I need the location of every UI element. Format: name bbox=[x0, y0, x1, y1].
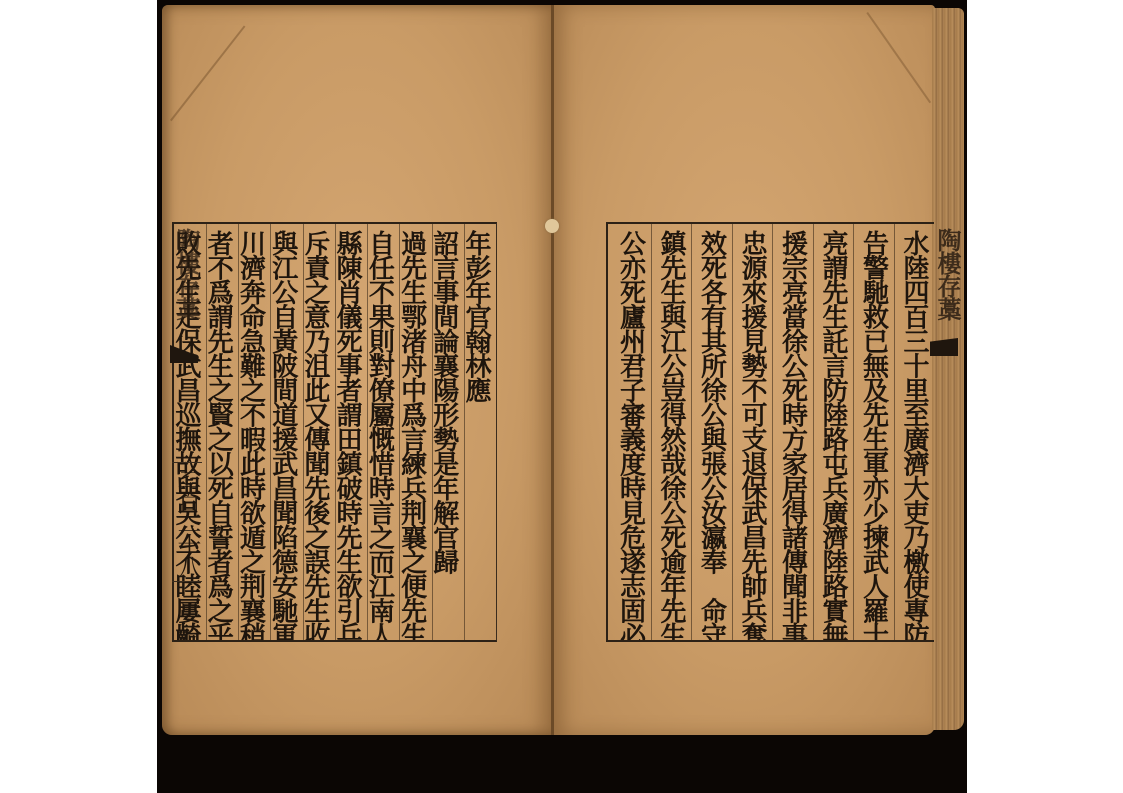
binding-thread bbox=[545, 219, 559, 233]
text-column: 公亦死廬州君子審義度時見危遂志固必有道先生猶 bbox=[610, 224, 651, 640]
text-column: 水陸四百三十里至廣濟大吏乃檄使專防江北及田鎮 bbox=[894, 224, 935, 640]
text-column: 詔言事間論襄陽形勢是年解官歸 bbox=[432, 224, 464, 640]
text-column: 效死各有其所徐公與張公汝瀛奉 命守田鎮則死田 bbox=[691, 224, 732, 640]
text-column: 告警馳救已無及先生軍亦少揀武人羅士勝者死之宗 bbox=[853, 224, 894, 640]
text-column: 鎮先生與江公豈得然哉徐公死逾年先生死金口而江 bbox=[651, 224, 692, 640]
text-column: 與江公自黃陂間道援武昌聞陷德安馳軍擊之始自漢 bbox=[270, 224, 302, 640]
stacked-page-edges bbox=[932, 8, 964, 730]
right-text-frame: 水陸四百三十里至廣濟大吏乃檄使專防江北及田鎮 告警馳救已無及先生軍亦少揀武人羅士… bbox=[606, 222, 934, 642]
text-column: 縣陳肖儀死事者謂田鎮破時先生欲引兵守荆襄陳公 bbox=[335, 224, 367, 640]
left-text-frame: 年彭年官翰林應 詔言事間論襄陽形勢是年解官歸 過先生鄂渚舟中爲言練兵荆襄之便先生… bbox=[172, 222, 497, 642]
text-column: 過先生鄂渚舟中爲言練兵荆襄之便先生謀諸大吏銳 bbox=[399, 224, 431, 640]
text-column: 年彭年官翰林應 bbox=[464, 224, 496, 640]
left-margin-book-title: 陶樓存藁 bbox=[171, 228, 201, 320]
text-column: 自任不果則對僚屬慨惜時言之而江南人傳廣濟知 bbox=[367, 224, 399, 640]
text-column: 川濟奔命急難之不暇此時欲遁之荆襄稍有志氣知識 bbox=[238, 224, 270, 640]
book-spine bbox=[551, 5, 554, 735]
right-margin-book-title: 陶樓存藁 bbox=[932, 228, 962, 320]
text-column: 者不爲謂先生之賢之以死自誓者爲之乎吳公堵城之 bbox=[206, 224, 238, 640]
page-number: 二百二十八 bbox=[172, 462, 202, 582]
text-column: 忠源來援見勢不可支退保武昌先帥兵奪路去夫人臣 bbox=[732, 224, 773, 640]
text-column: 援宗亮當徐公死時方家居得諸傳聞非事實又言江公 bbox=[772, 224, 813, 640]
text-column: 亮謂先生託言防陸路屯兵廣濟陸路實無一賊卒不赴 bbox=[813, 224, 854, 640]
text-column: 斥責之意乃沮此又傳聞先後之誤先生收集田鎮潰卒 bbox=[303, 224, 335, 640]
